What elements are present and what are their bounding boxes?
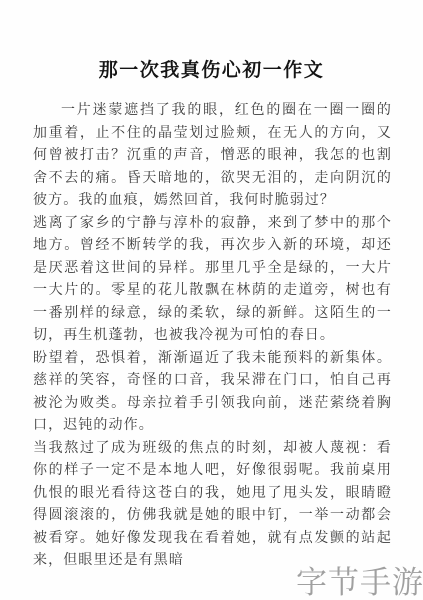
document-page: 那一次我真伤心初一作文 一片迷蒙遮挡了我的眼，红色的圈在一圈一圈的加重着，止不住… [0,0,423,600]
essay-body: 一片迷蒙遮挡了我的眼，红色的圈在一圈一圈的加重着，止不住的晶莹划过脸颊，在无人的… [0,100,423,573]
essay-title: 那一次我真伤心初一作文 [0,0,423,82]
essay-paragraph: 逃离了家乡的宁静与淳朴的寂静，来到了梦中的那个地方。曾经不断转学的我，再次步入新… [33,213,392,348]
essay-paragraph: 一片迷蒙遮挡了我的眼，红色的圈在一圈一圈的加重着，止不住的晶莹划过脸颊，在无人的… [33,100,392,213]
site-watermark: 字节手游网 [296,557,423,600]
essay-paragraph: 当我熬过了成为班级的焦点的时刻，却被人蔑视：看你的样子一定不是本地人吧，好像很弱… [33,438,392,573]
essay-paragraph: 盼望着，恐惧着，渐渐逼近了我未能预料的新集体。慈祥的笑容，奇怪的口音，我呆滞在门… [33,348,392,438]
